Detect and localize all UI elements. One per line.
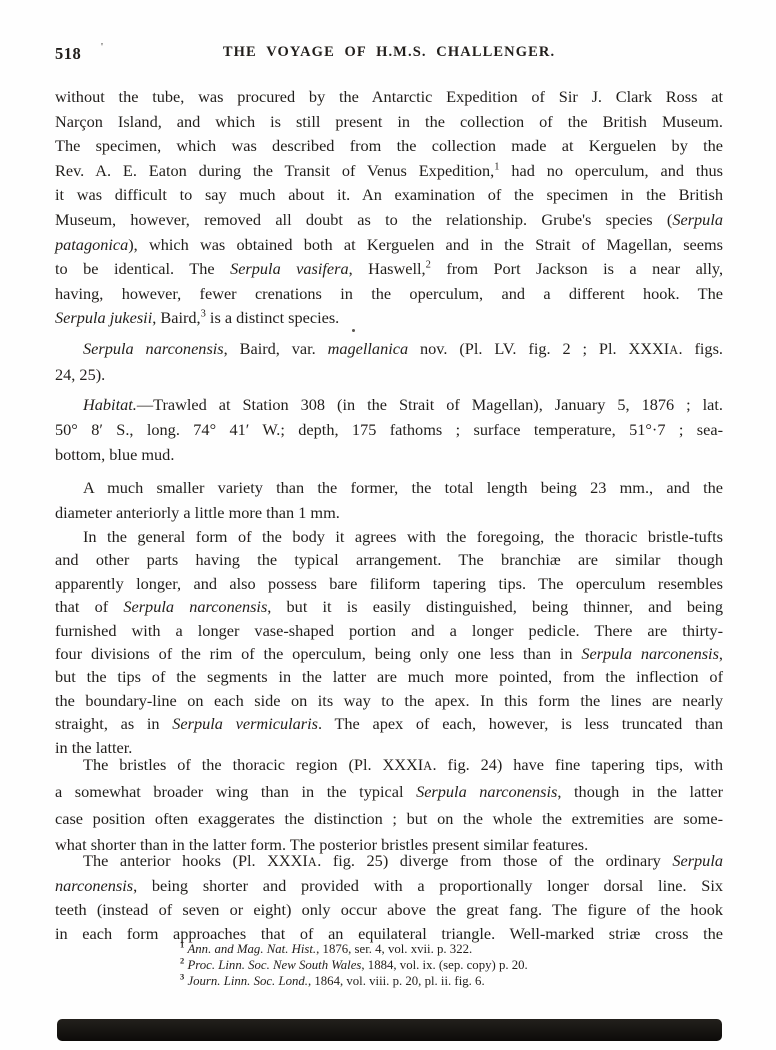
page-header: 518 ' THE VOYAGE OF H.M.S. CHALLENGER.	[55, 44, 723, 64]
text-line: teeth (instead of seven or eight) only o…	[55, 898, 723, 922]
text-line: The anterior hooks (Pl. XXXIa. fig. 25) …	[55, 849, 723, 874]
text-line: diameter anteriorly a little more than 1…	[55, 501, 723, 526]
habitat-paragraph: Habitat.—Trawled at Station 308 (in the …	[55, 392, 723, 467]
text-line: The specimen, which was described from t…	[55, 134, 723, 159]
text-line: case position often exaggerates the dist…	[55, 806, 723, 832]
text-line: Museum, however, removed all doubt as to…	[55, 208, 723, 233]
text-line: 24, 25).	[55, 363, 723, 387]
text-line: Narçon Island, and which is still presen…	[55, 110, 723, 135]
text-line: The bristles of the thoracic region (Pl.…	[55, 752, 723, 779]
text-line: Habitat.—Trawled at Station 308 (in the …	[55, 392, 723, 417]
text-line: it was difficult to say much about it. A…	[55, 183, 723, 208]
text-line: straight, as in Serpula vermicularis. Th…	[55, 712, 723, 735]
paragraph-introduction: without the tube, was procured by the An…	[55, 85, 723, 331]
paragraph-bristles: The bristles of the thoracic region (Pl.…	[55, 752, 723, 858]
text-line: the boundary-line on each side on its wa…	[55, 689, 723, 712]
scan-speck-artifact	[352, 329, 355, 332]
text-line: 50° 8′ S., long. 74° 41′ W.; depth, 175 …	[55, 417, 723, 442]
text-line: Serpula narconensis, Baird, var. magella…	[55, 337, 723, 363]
text-line: to be identical. The Serpula vasifera, H…	[55, 257, 723, 282]
paragraph-operculum: In the general form of the body it agree…	[55, 525, 723, 759]
text-line: Rev. A. E. Eaton during the Transit of V…	[55, 159, 723, 184]
text-line: apparently longer, and also possess bare…	[55, 572, 723, 595]
text-line: without the tube, was procured by the An…	[55, 85, 723, 110]
text-line: a somewhat broader wing than in the typi…	[55, 779, 723, 805]
footnotes-block: 1 Ann. and Mag. Nat. Hist., 1876, ser. 4…	[180, 941, 700, 989]
text-line: and other parts having the typical arran…	[55, 548, 723, 571]
text-line: that of Serpula narconensis, but it is e…	[55, 595, 723, 618]
text-line: patagonica), which was obtained both at …	[55, 233, 723, 258]
paragraph-size: A much smaller variety than the former, …	[55, 476, 723, 525]
text-line: furnished with a longer vase-shaped port…	[55, 619, 723, 642]
text-line: 3 Journ. Linn. Soc. Lond., 1864, vol. vi…	[180, 973, 700, 989]
page-number: 518	[55, 44, 81, 64]
text-line: four divisions of the rim of the opercul…	[55, 642, 723, 665]
species-heading: Serpula narconensis, Baird, var. magella…	[55, 337, 723, 386]
scan-artifact-bar	[57, 1019, 722, 1041]
paragraph-hooks: The anterior hooks (Pl. XXXIa. fig. 25) …	[55, 849, 723, 946]
running-title: THE VOYAGE OF H.M.S. CHALLENGER.	[55, 44, 723, 61]
text-line: 1 Ann. and Mag. Nat. Hist., 1876, ser. 4…	[180, 941, 700, 957]
book-page: 518 ' THE VOYAGE OF H.M.S. CHALLENGER. w…	[0, 0, 776, 1050]
text-line: but the tips of the segments in the latt…	[55, 665, 723, 688]
scan-tick-mark: '	[101, 41, 103, 53]
text-line: bottom, blue mud.	[55, 442, 723, 467]
text-line: Serpula jukesii, Baird,3 is a distinct s…	[55, 306, 723, 331]
text-line: narconensis, being shorter and provided …	[55, 874, 723, 898]
text-line: A much smaller variety than the former, …	[55, 476, 723, 501]
text-line: 2 Proc. Linn. Soc. New South Wales, 1884…	[180, 957, 700, 973]
text-line: having, however, fewer crenations in the…	[55, 282, 723, 307]
text-line: In the general form of the body it agree…	[55, 525, 723, 548]
